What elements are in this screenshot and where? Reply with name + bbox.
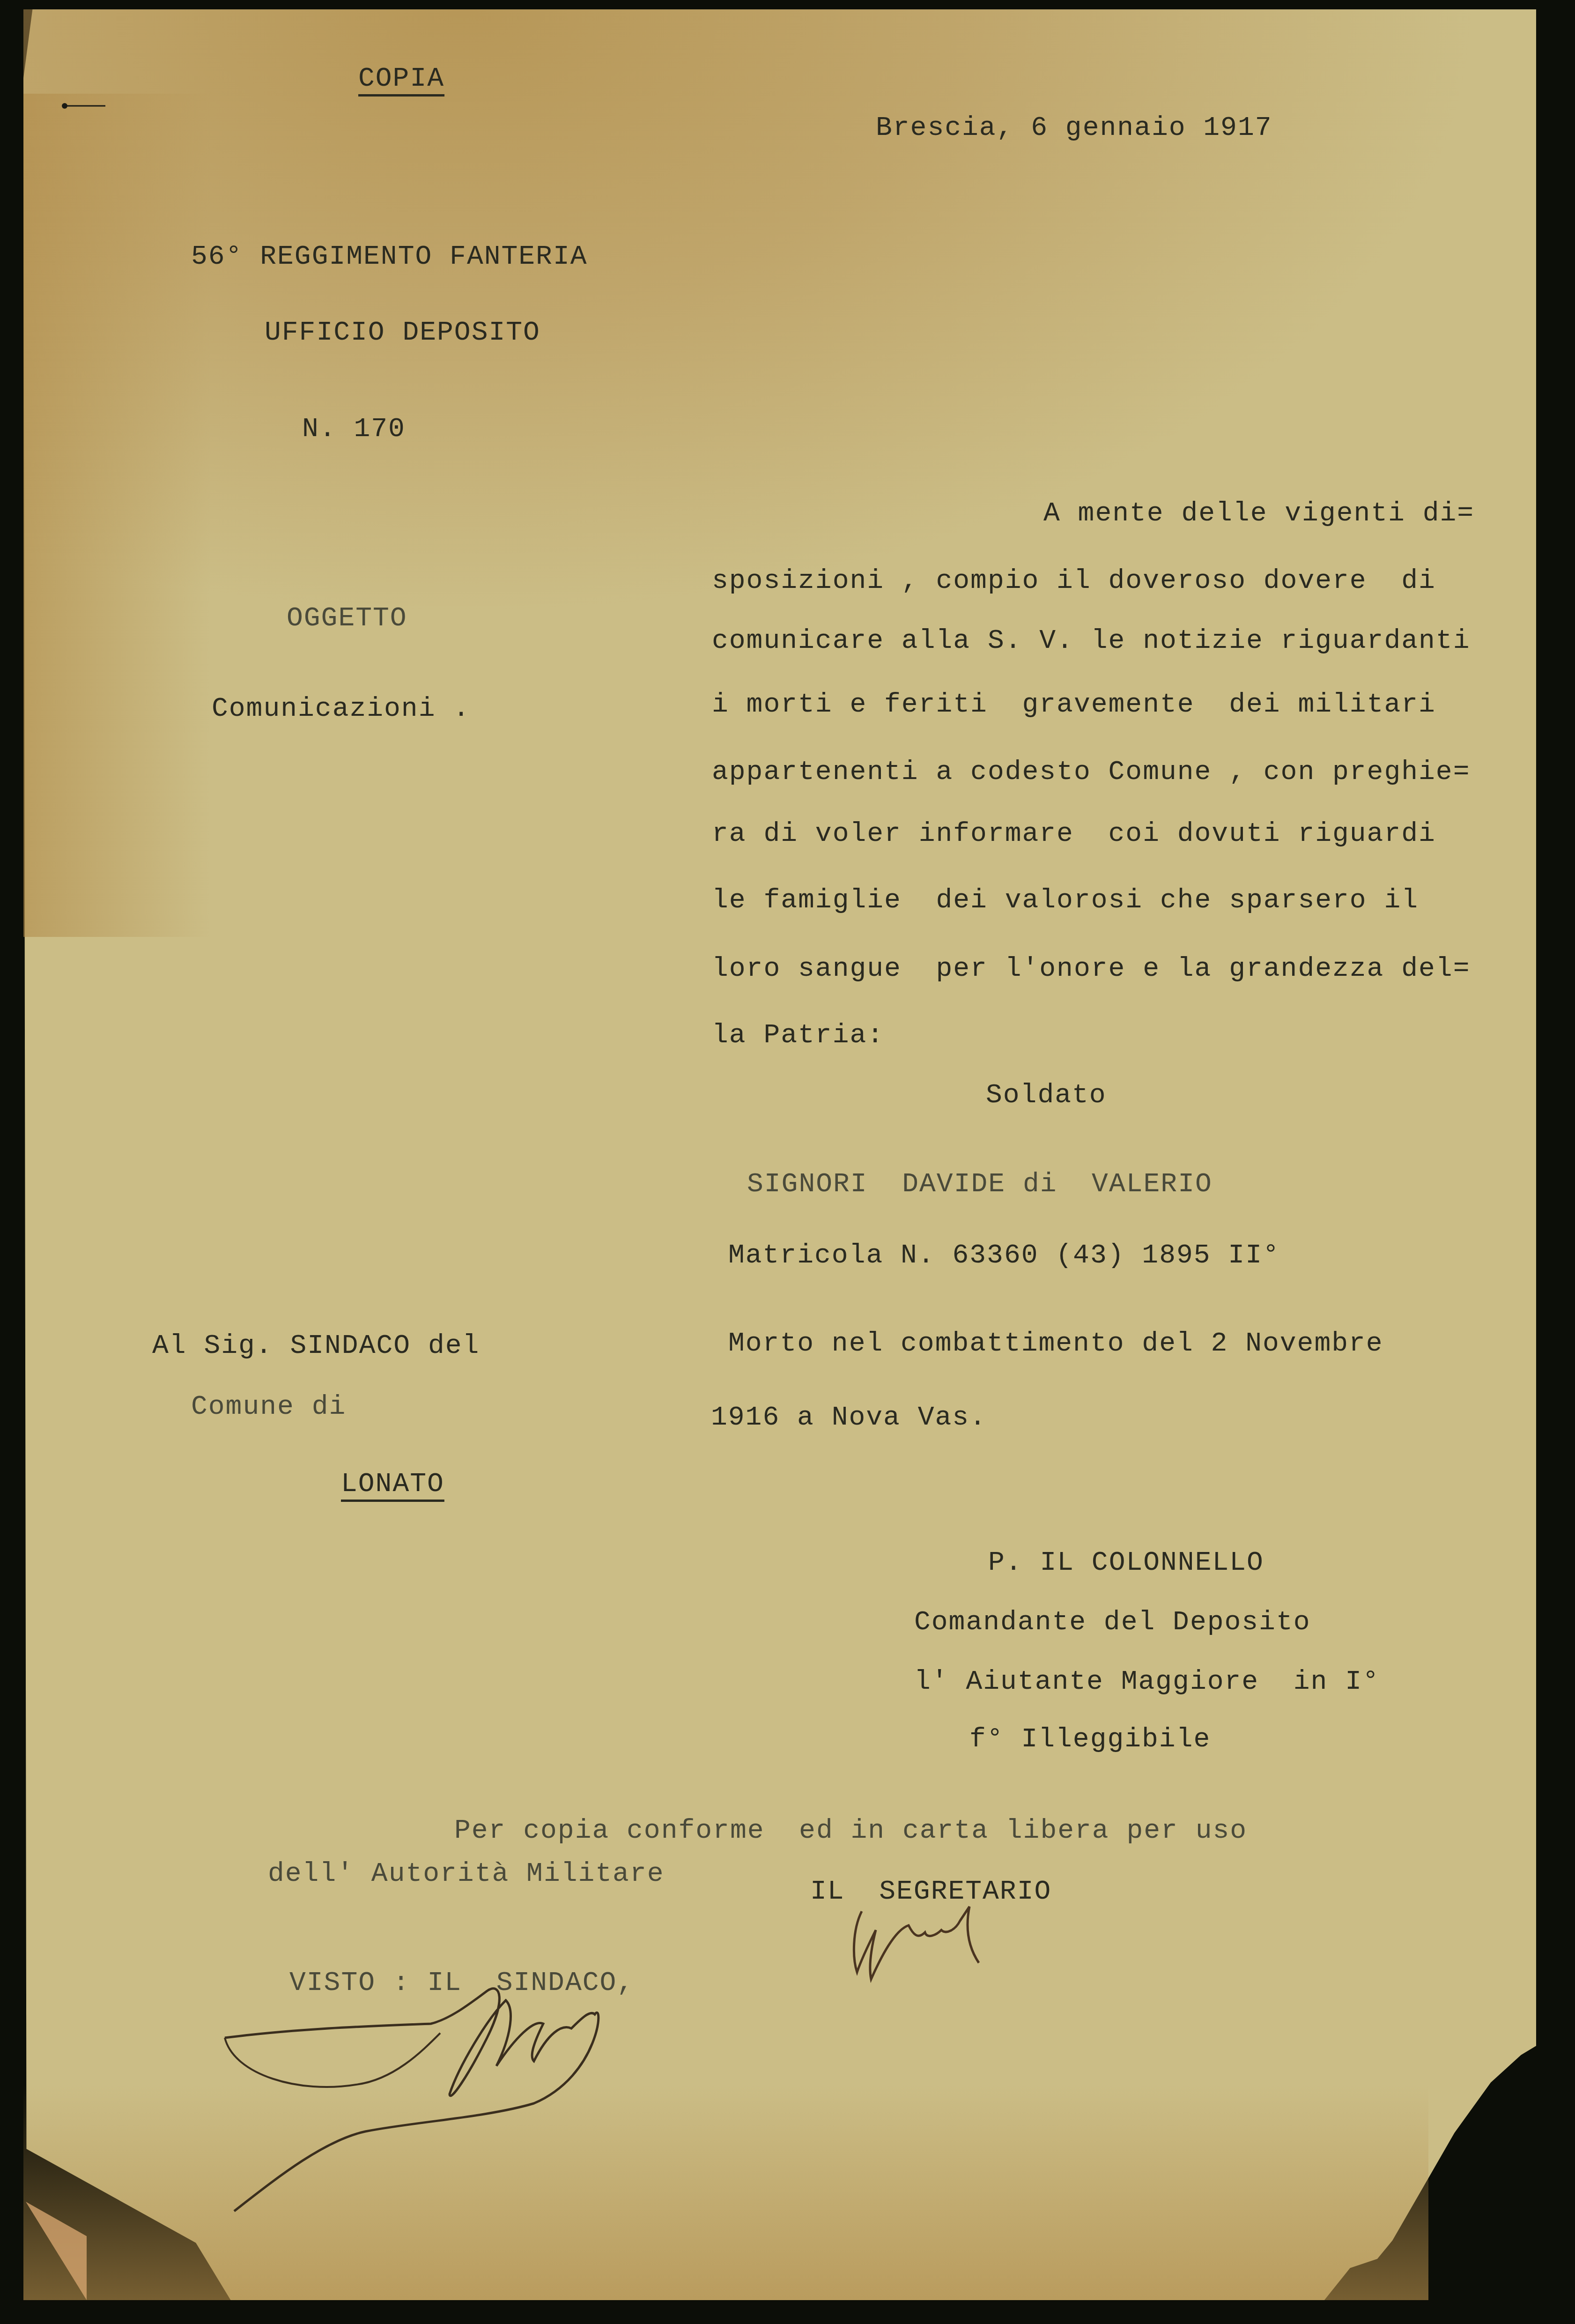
- copy-label: COPIA: [358, 66, 444, 93]
- recipient-town: LONATO: [341, 1471, 444, 1498]
- pin-mark-icon: [61, 103, 108, 109]
- place-date: Brescia, 6 gennaio 1917: [876, 115, 1272, 142]
- death-info-line1: Morto nel combattimento del 2 Novembre: [728, 1330, 1383, 1358]
- office-name: UFFICIO DEPOSITO: [265, 319, 540, 347]
- subject-value: Comunicazioni .: [212, 696, 470, 723]
- signature-line1: P. IL COLONNELLO: [988, 1550, 1264, 1577]
- certification-line2: dell' Autorità Militare: [268, 1861, 665, 1888]
- signature-line4: f° Illeggibile: [969, 1726, 1211, 1753]
- signature-line3: l' Aiutante Maggiore in I°: [914, 1669, 1380, 1696]
- soldier-rank: Soldato: [986, 1082, 1107, 1109]
- body-line: sposizioni , compio il doveroso dovere d…: [712, 568, 1436, 595]
- secretary-signature-icon: [843, 1902, 1068, 1986]
- body-line: la Patria:: [712, 1022, 884, 1049]
- water-stain-left: [23, 94, 211, 937]
- signature-line2: Comandante del Deposito: [914, 1609, 1311, 1636]
- regiment-name: 56° REGGIMENTO FANTERIA: [191, 244, 588, 271]
- body-line: i morti e feriti gravemente dei militari: [712, 691, 1436, 719]
- subject-label: OGGETTO: [287, 605, 407, 632]
- body-line: comunicare alla S. V. le notizie riguard…: [712, 628, 1470, 655]
- body-line: A mente delle vigenti di=: [1043, 500, 1474, 527]
- body-line: loro sangue per l'onore e la grandezza d…: [712, 956, 1470, 983]
- mayor-signature-icon: [206, 1982, 768, 2225]
- death-info-line2: 1916 a Nova Vas.: [711, 1404, 987, 1432]
- soldier-matricola: Matricola N. 63360 (43) 1895 II°: [728, 1242, 1280, 1270]
- protocol-number: N. 170: [302, 416, 406, 443]
- document-paper: [23, 9, 1536, 2300]
- recipient-line1: Al Sig. SINDACO del: [152, 1333, 480, 1360]
- certification-line1: Per copia conforme ed in carta libera pe…: [454, 1818, 1247, 1845]
- body-line: ra di voler informare coi dovuti riguard…: [712, 821, 1436, 848]
- soldier-name: SIGNORI DAVIDE di VALERIO: [747, 1171, 1213, 1198]
- body-line: appartenenti a codesto Comune , con preg…: [712, 759, 1470, 786]
- body-line: le famiglie dei valorosi che sparsero il: [712, 887, 1419, 914]
- recipient-line2: Comune di: [191, 1394, 346, 1421]
